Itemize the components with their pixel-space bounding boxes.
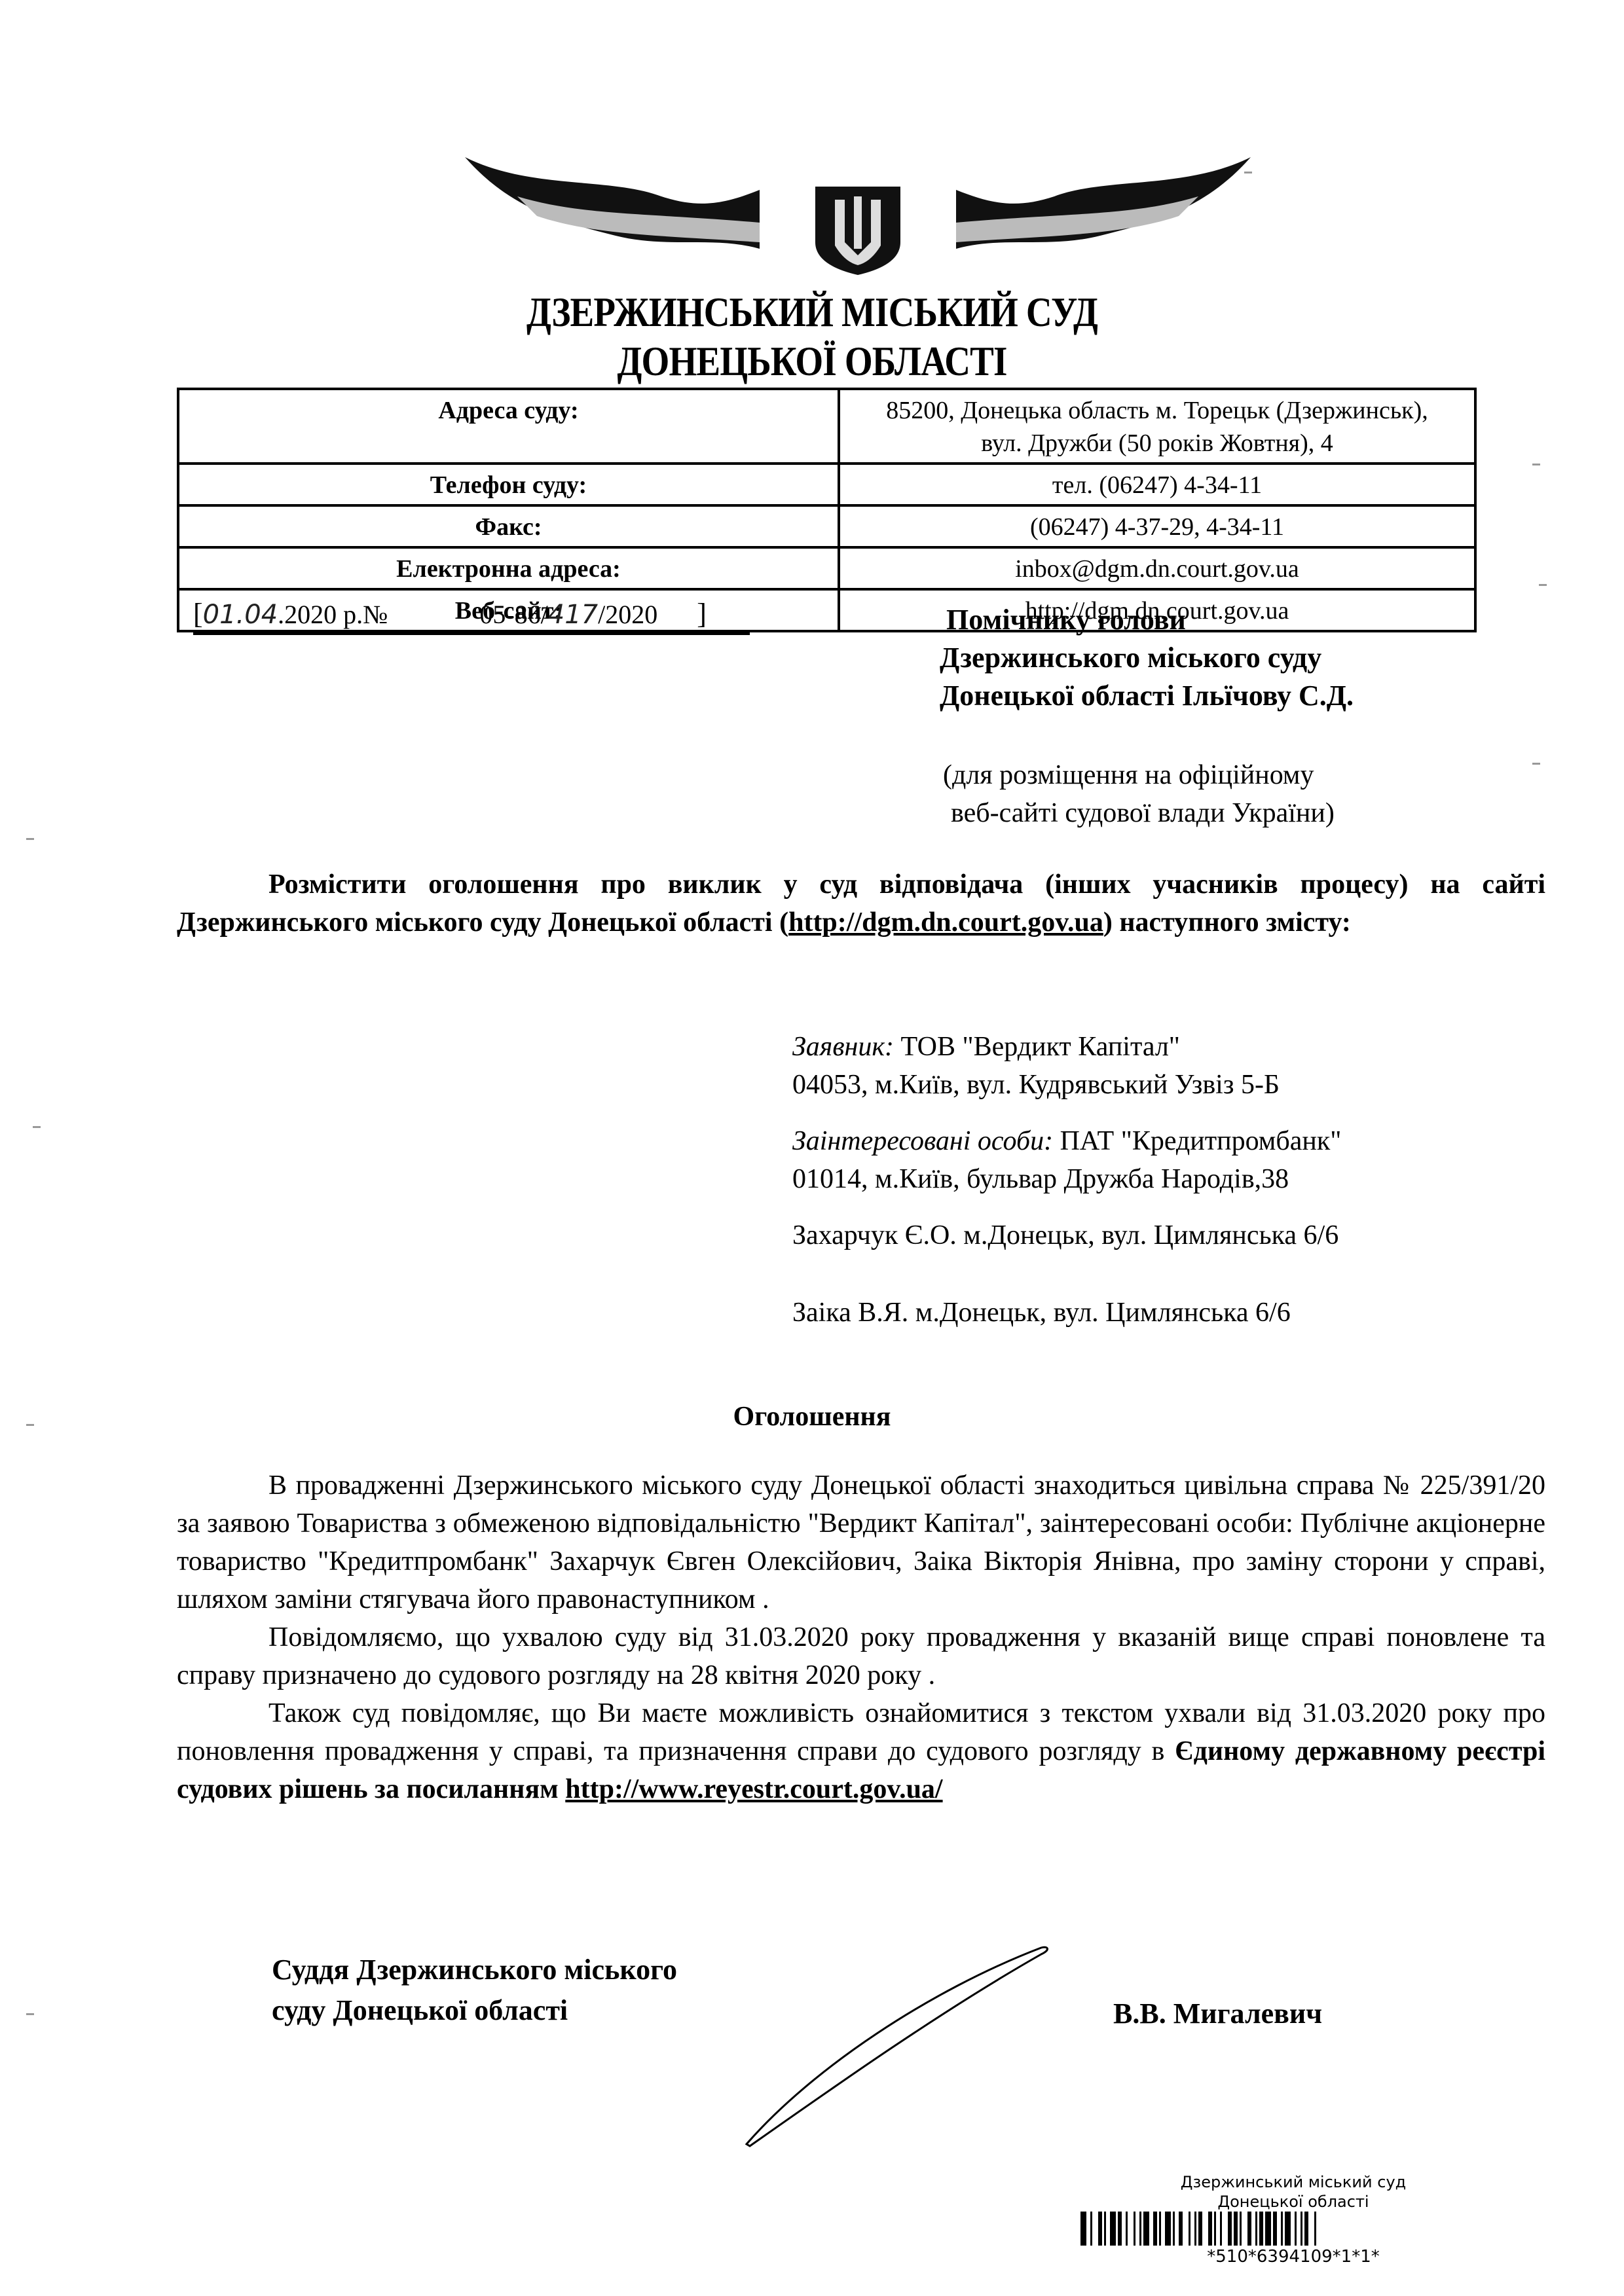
announcement-paragraph1: В провадженні Дзержинського міського суд… — [177, 1467, 1545, 1618]
court-name-line2: ДОНЕЦЬКОЇ ОБЛАСТІ — [114, 337, 1511, 386]
addressee-note: (для розміщення на офіційному веб-сайті … — [943, 756, 1335, 832]
judge-position-line2: суду Донецької області — [272, 1990, 677, 2031]
person2: Заіка В.Я. м.Донецьк, вул. Цимлянська 6/… — [792, 1294, 1341, 1332]
applicant: Заявник: ТОВ "Вердикт Капітал" 04053, м.… — [792, 1028, 1341, 1104]
address-label: Адреса суду: — [178, 389, 839, 464]
announcement-body: В провадженні Дзержинського міського суд… — [177, 1467, 1545, 1808]
registration-number-suffix: /2020 — [598, 600, 657, 629]
judge-position: Суддя Дзержинського міського суду Донець… — [272, 1950, 677, 2031]
applicant-name: ТОВ "Вердикт Капітал" — [894, 1032, 1180, 1062]
instruction-paragraph: Розмістити оголошення про виклик у суд в… — [177, 866, 1545, 941]
applicant-address: 04053, м.Київ, вул. Кудрявський Узвіз 5-… — [792, 1066, 1341, 1104]
court-info-table: Адреса суду: 85200, Донецька область м. … — [177, 388, 1477, 632]
fax-value: (06247) 4-37-29, 4-34-11 — [839, 505, 1475, 547]
email-value: inbox@dgm.dn.court.gov.ua — [839, 547, 1475, 589]
table-row: Електронна адреса: inbox@dgm.dn.court.go… — [178, 547, 1475, 589]
interested-party: Заінтересовані особи: ПАТ "Кредитпромбан… — [792, 1122, 1341, 1198]
announcement-paragraph3: Також суд повідомляє, що Ви маєте можлив… — [177, 1694, 1545, 1808]
registration-date-suffix: .2020 р.№ — [278, 600, 388, 629]
stamp-line1: Дзержинський міський суд — [1080, 2172, 1506, 2192]
registration-date-handwritten: 01.04 — [203, 600, 278, 630]
announcement-paragraph2: Повідомляємо, що ухвалою суду від 31.03.… — [177, 1618, 1545, 1694]
barcode-icon — [1080, 2212, 1506, 2246]
address-line1: 85200, Донецька область м. Торецьк (Дзер… — [847, 394, 1467, 427]
applicant-label: Заявник: — [792, 1032, 894, 1062]
judge-position-line1: Суддя Дзержинського міського — [272, 1950, 677, 1990]
interested-label: Заінтересовані особи: — [792, 1126, 1053, 1156]
address-value: 85200, Донецька область м. Торецьк (Дзер… — [839, 389, 1475, 464]
registry-stamp: Дзержинський міський суд Донецької облас… — [1080, 2172, 1506, 2212]
parties-block: Заявник: ТОВ "Вердикт Капітал" 04053, м.… — [792, 1028, 1341, 1332]
fax-label: Факс: — [178, 505, 839, 547]
court-name-line1: ДЗЕРЖИНСЬКИЙ МІСЬКИЙ СУД — [114, 288, 1511, 337]
addressee-line2: Дзержинського міського суду — [940, 639, 1354, 677]
interested-name: ПАТ "Кредитпромбанк" — [1053, 1126, 1341, 1156]
addressee-line1: Помічнику голови — [940, 601, 1354, 639]
phone-label: Телефон суду: — [178, 464, 839, 505]
note-line2: веб-сайті судової влади України) — [943, 794, 1335, 832]
registration-number-prefix: 05-86/ — [479, 600, 547, 629]
addressee-block: Помічнику голови Дзержинського міського … — [940, 601, 1354, 715]
court-website-link[interactable]: http://dgm.dn.court.gov.ua — [788, 907, 1103, 938]
stamp-line2: Донецької області — [1080, 2192, 1506, 2212]
registry-link[interactable]: http://www.reyestr.court.gov.ua/ — [565, 1774, 942, 1804]
table-row: Факс: (06247) 4-37-29, 4-34-11 — [178, 505, 1475, 547]
registration-number-handwritten: 417 — [548, 600, 598, 630]
interested-address: 01014, м.Київ, бульвар Дружба Народів,38 — [792, 1160, 1341, 1198]
announcement-heading: Оголошення — [0, 1401, 1624, 1432]
person1: Захарчук Є.О. м.Донецьк, вул. Цимлянська… — [792, 1216, 1341, 1254]
note-line1: (для розміщення на офіційному — [943, 756, 1335, 794]
table-row: Адреса суду: 85200, Донецька область м. … — [178, 389, 1475, 464]
handwritten-signature-icon — [733, 1938, 1166, 2147]
phone-value: тел. (06247) 4-34-11 — [839, 464, 1475, 505]
barcode-text: *510*6394109*1*1* — [1080, 2247, 1506, 2267]
table-row: Телефон суду: тел. (06247) 4-34-11 — [178, 464, 1475, 505]
addressee-line3: Донецької області Ільїчову С.Д. — [940, 677, 1354, 715]
registration-line: [01.04.2020 р.№ 05-86/417/2020 ] — [193, 597, 750, 635]
court-emblem-icon — [452, 151, 1264, 275]
judge-name: В.В. Мигалевич — [1113, 1997, 1322, 2030]
email-label: Електронна адреса: — [178, 547, 839, 589]
address-line2: вул. Дружби (50 років Жовтня), 4 — [847, 427, 1467, 460]
